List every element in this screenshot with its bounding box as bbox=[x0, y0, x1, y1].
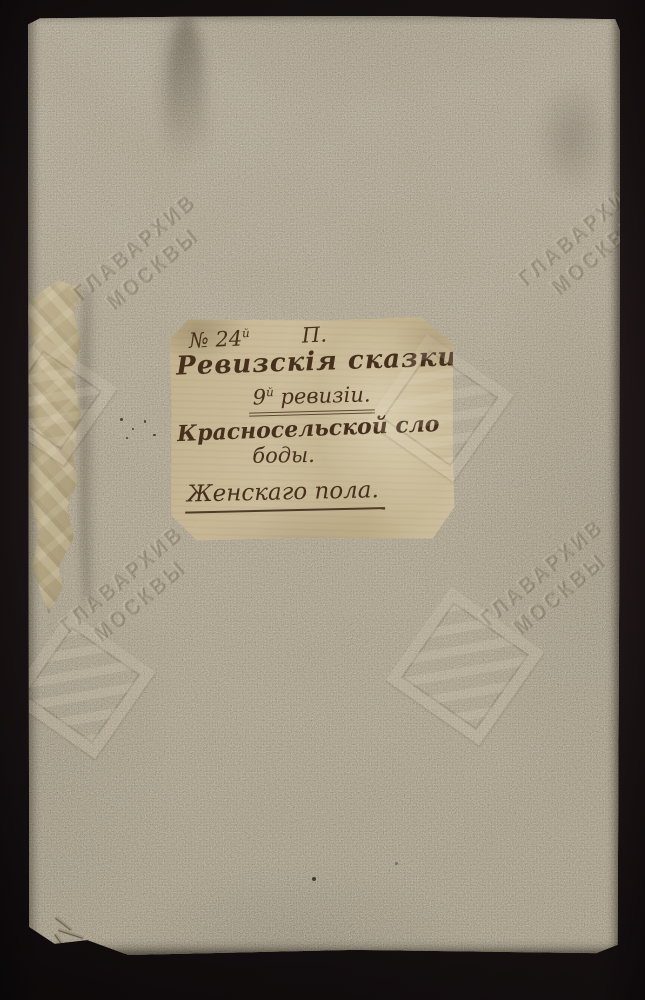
ink-speck bbox=[126, 437, 128, 439]
archive-watermark-text: ГЛАВАРХИВ МОСКВЫ bbox=[67, 188, 219, 328]
watermark-line1: ГЛАВАРХИВ bbox=[512, 173, 645, 291]
label-gender-line: Женскаго пола. bbox=[185, 479, 386, 507]
watermark-line2: МОСКВЫ bbox=[507, 547, 611, 640]
ink-speck bbox=[144, 420, 146, 423]
label-number-suffix: й bbox=[242, 326, 250, 340]
archival-scan-photo: № 24йП. Ревизскія сказки 9й ревизіи. Кра… bbox=[0, 0, 645, 1000]
archive-watermark-text: ГЛАВАРХИВ МОСКВЫ bbox=[54, 520, 206, 660]
watermark-line1: ГЛАВАРХИВ bbox=[67, 188, 201, 306]
label-place-line2: боды. bbox=[252, 445, 315, 467]
watermark-line2: МОСКВЫ bbox=[545, 207, 645, 300]
cloth-stain-smudge bbox=[533, 76, 613, 196]
frayed-thread bbox=[55, 933, 67, 949]
archive-watermark-text: ГЛАВАРХИВ МОСКВЫ bbox=[474, 513, 626, 653]
ink-speck bbox=[132, 428, 134, 430]
label-gender-underlined: Женскаго пола. bbox=[184, 477, 385, 514]
watermark-line1: ГЛАВАРХИВ bbox=[474, 513, 608, 631]
label-revision-line: 9й ревизіи. bbox=[169, 381, 453, 410]
ink-speck bbox=[120, 418, 123, 421]
label-place-line1: Красносельской сло bbox=[177, 413, 440, 445]
watermark-logo-stripes bbox=[24, 627, 141, 744]
watermark-line2: МОСКВЫ bbox=[100, 222, 204, 315]
label-revision-underlined: 9й ревизіи. bbox=[248, 382, 375, 416]
book-cover: № 24йП. Ревизскія сказки 9й ревизіи. Кра… bbox=[28, 16, 620, 956]
watermark-line1: ГЛАВАРХИВ bbox=[54, 520, 188, 638]
label-revision-word: ревизіи. bbox=[274, 382, 371, 409]
watermark-logo-stripes bbox=[401, 602, 529, 730]
paper-label: № 24йП. Ревизскія сказки 9й ревизіи. Кра… bbox=[169, 316, 456, 541]
cloth-dark-speck bbox=[395, 862, 398, 865]
label-part-letter: П. bbox=[301, 322, 327, 347]
cloth-stain-streak bbox=[166, 16, 206, 186]
label-revision-number: 9 bbox=[252, 385, 266, 409]
label-title: Ревизскія сказки bbox=[176, 344, 458, 379]
archive-watermark-logo-icon bbox=[386, 587, 545, 746]
torn-spine-paper bbox=[18, 280, 88, 614]
archive-watermark-text: ГЛАВАРХИВ МОСКВЫ bbox=[512, 173, 645, 313]
archive-watermark-logo-icon bbox=[8, 611, 156, 759]
cloth-dark-speck bbox=[312, 877, 316, 881]
torn-paper-shadow bbox=[80, 286, 96, 606]
watermark-line2: МОСКВЫ bbox=[87, 554, 191, 647]
ink-speck bbox=[153, 434, 156, 436]
